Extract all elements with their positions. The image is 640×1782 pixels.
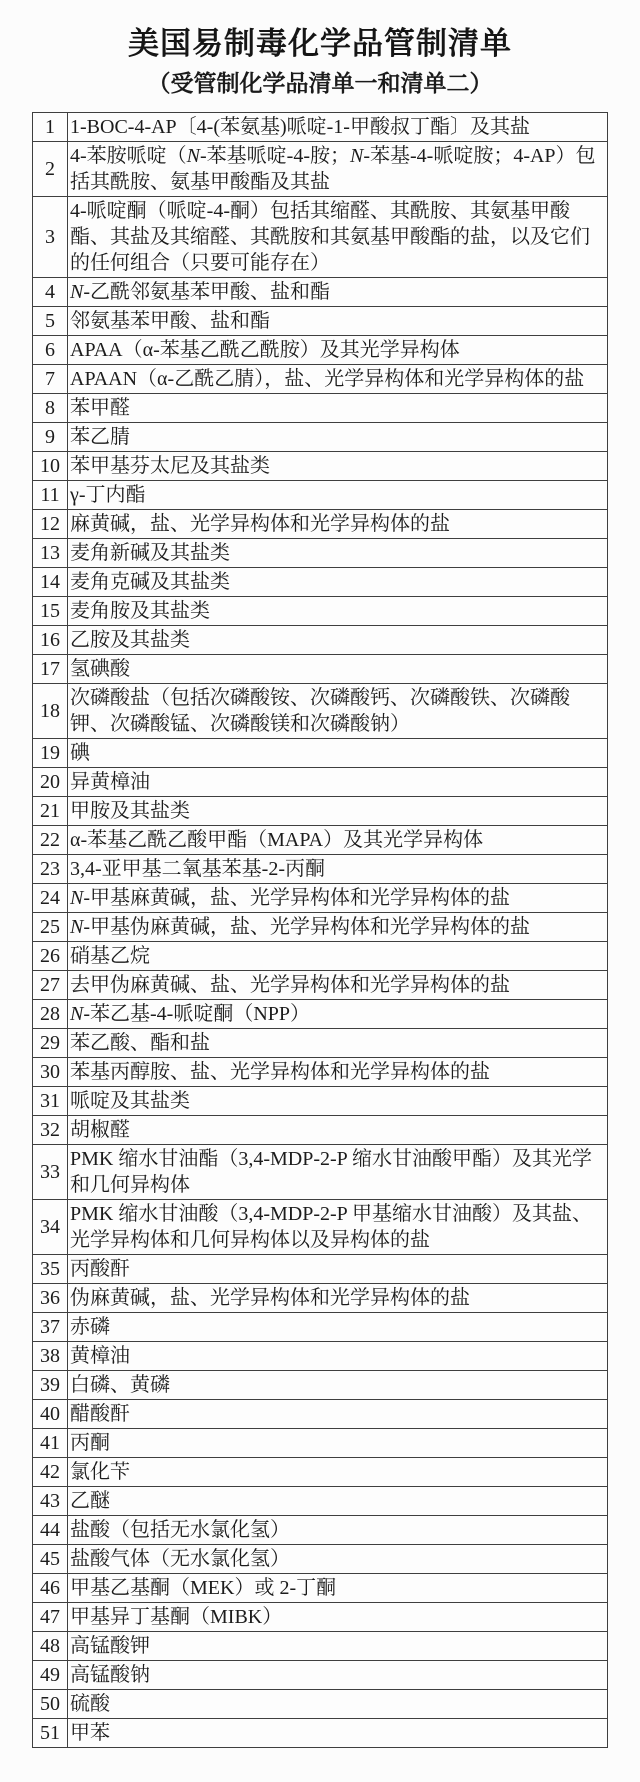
item-number: 44 xyxy=(33,1516,68,1545)
table-row: 21 甲胺及其盐类 xyxy=(33,797,608,826)
table-row: 51 甲苯 xyxy=(33,1719,608,1748)
item-number: 18 xyxy=(33,684,68,739)
table-row: 22 α-苯基乙酰乙酸甲酯（MAPA）及其光学异构体 xyxy=(33,826,608,855)
item-number: 19 xyxy=(33,739,68,768)
item-text: 硫酸 xyxy=(68,1690,608,1719)
table-row: 40 醋酸酐 xyxy=(33,1400,608,1429)
table-row: 29 苯乙酸、酯和盐 xyxy=(33,1029,608,1058)
table-row: 7 APAAN（α-乙酰乙腈），盐、光学异构体和光学异构体的盐 xyxy=(33,365,608,394)
table-row: 33 PMK 缩水甘油酯（3,4-MDP-2-P 缩水甘油酸甲酯）及其光学和几何… xyxy=(33,1145,608,1200)
item-text: 高锰酸钾 xyxy=(68,1632,608,1661)
item-number: 41 xyxy=(33,1429,68,1458)
item-text: 甲基异丁基酮（MIBK） xyxy=(68,1603,608,1632)
table-row: 10 苯甲基芬太尼及其盐类 xyxy=(33,452,608,481)
item-number: 43 xyxy=(33,1487,68,1516)
item-text: 麦角胺及其盐类 xyxy=(68,597,608,626)
item-text: PMK 缩水甘油酯（3,4-MDP-2-P 缩水甘油酸甲酯）及其光学和几何异构体 xyxy=(68,1145,608,1200)
item-number: 21 xyxy=(33,797,68,826)
item-text: α-苯基乙酰乙酸甲酯（MAPA）及其光学异构体 xyxy=(68,826,608,855)
item-text: APAA（α-苯基乙酰乙酰胺）及其光学异构体 xyxy=(68,336,608,365)
table-row: 30 苯基丙醇胺、盐、光学异构体和光学异构体的盐 xyxy=(33,1058,608,1087)
item-number: 48 xyxy=(33,1632,68,1661)
table-row: 15 麦角胺及其盐类 xyxy=(33,597,608,626)
item-number: 31 xyxy=(33,1087,68,1116)
item-number: 10 xyxy=(33,452,68,481)
table-row: 2 4-苯胺哌啶（N-苯基哌啶-4-胺；N-苯基-4-哌啶胺；4-AP）包括其酰… xyxy=(33,142,608,197)
table-row: 26 硝基乙烷 xyxy=(33,942,608,971)
table-row: 44 盐酸（包括无水氯化氢） xyxy=(33,1516,608,1545)
item-text: 氯化苄 xyxy=(68,1458,608,1487)
item-number: 11 xyxy=(33,481,68,510)
table-row: 41 丙酮 xyxy=(33,1429,608,1458)
table-row: 23 3,4-亚甲基二氧基苯基-2-丙酮 xyxy=(33,855,608,884)
chemicals-table: 1 1-BOC-4-AP〔4-(苯氨基)哌啶-1-甲酸叔丁酯〕及其盐 2 4-苯… xyxy=(32,112,608,1748)
chemicals-table-body: 1 1-BOC-4-AP〔4-(苯氨基)哌啶-1-甲酸叔丁酯〕及其盐 2 4-苯… xyxy=(33,113,608,1748)
item-number: 1 xyxy=(33,113,68,142)
item-number: 36 xyxy=(33,1284,68,1313)
item-number: 13 xyxy=(33,539,68,568)
item-text: 碘 xyxy=(68,739,608,768)
item-number: 6 xyxy=(33,336,68,365)
table-row: 48 高锰酸钾 xyxy=(33,1632,608,1661)
item-number: 3 xyxy=(33,197,68,278)
item-text: 高锰酸钠 xyxy=(68,1661,608,1690)
item-text: 硝基乙烷 xyxy=(68,942,608,971)
table-row: 43 乙醚 xyxy=(33,1487,608,1516)
item-number: 17 xyxy=(33,655,68,684)
item-number: 26 xyxy=(33,942,68,971)
item-text: PMK 缩水甘油酸（3,4-MDP-2-P 甲基缩水甘油酸）及其盐、光学异构体和… xyxy=(68,1200,608,1255)
table-row: 18 次磷酸盐（包括次磷酸铵、次磷酸钙、次磷酸铁、次磷酸钾、次磷酸锰、次磷酸镁和… xyxy=(33,684,608,739)
item-text: 去甲伪麻黄碱、盐、光学异构体和光学异构体的盐 xyxy=(68,971,608,1000)
item-text: N-甲基麻黄碱，盐、光学异构体和光学异构体的盐 xyxy=(68,884,608,913)
table-row: 27 去甲伪麻黄碱、盐、光学异构体和光学异构体的盐 xyxy=(33,971,608,1000)
item-number: 37 xyxy=(33,1313,68,1342)
item-text: 苯甲基芬太尼及其盐类 xyxy=(68,452,608,481)
item-text: 苯基丙醇胺、盐、光学异构体和光学异构体的盐 xyxy=(68,1058,608,1087)
table-row: 5 邻氨基苯甲酸、盐和酯 xyxy=(33,307,608,336)
table-row: 6 APAA（α-苯基乙酰乙酰胺）及其光学异构体 xyxy=(33,336,608,365)
table-row: 42 氯化苄 xyxy=(33,1458,608,1487)
item-number: 42 xyxy=(33,1458,68,1487)
item-number: 15 xyxy=(33,597,68,626)
table-row: 50 硫酸 xyxy=(33,1690,608,1719)
item-number: 29 xyxy=(33,1029,68,1058)
page-title: 美国易制毒化学品管制清单 xyxy=(0,0,640,64)
table-row: 8 苯甲醛 xyxy=(33,394,608,423)
item-number: 4 xyxy=(33,278,68,307)
item-text: 丙酸酐 xyxy=(68,1255,608,1284)
item-text: 盐酸（包括无水氯化氢） xyxy=(68,1516,608,1545)
table-row: 13 麦角新碱及其盐类 xyxy=(33,539,608,568)
item-number: 25 xyxy=(33,913,68,942)
item-number: 20 xyxy=(33,768,68,797)
table-row: 17 氢碘酸 xyxy=(33,655,608,684)
table-row: 46 甲基乙基酮（MEK）或 2-丁酮 xyxy=(33,1574,608,1603)
item-text: 盐酸气体（无水氯化氢） xyxy=(68,1545,608,1574)
item-text: 4-苯胺哌啶（N-苯基哌啶-4-胺；N-苯基-4-哌啶胺；4-AP）包括其酰胺、… xyxy=(68,142,608,197)
item-text: 异黄樟油 xyxy=(68,768,608,797)
item-number: 27 xyxy=(33,971,68,1000)
item-number: 7 xyxy=(33,365,68,394)
item-number: 39 xyxy=(33,1371,68,1400)
table-row: 31 哌啶及其盐类 xyxy=(33,1087,608,1116)
item-text: 乙胺及其盐类 xyxy=(68,626,608,655)
table-row: 1 1-BOC-4-AP〔4-(苯氨基)哌啶-1-甲酸叔丁酯〕及其盐 xyxy=(33,113,608,142)
table-row: 47 甲基异丁基酮（MIBK） xyxy=(33,1603,608,1632)
item-text: 麻黄碱，盐、光学异构体和光学异构体的盐 xyxy=(68,510,608,539)
table-row: 14 麦角克碱及其盐类 xyxy=(33,568,608,597)
item-text: 苯乙腈 xyxy=(68,423,608,452)
item-number: 28 xyxy=(33,1000,68,1029)
item-text: 3,4-亚甲基二氧基苯基-2-丙酮 xyxy=(68,855,608,884)
item-number: 49 xyxy=(33,1661,68,1690)
item-number: 32 xyxy=(33,1116,68,1145)
item-text: 黄樟油 xyxy=(68,1342,608,1371)
item-number: 30 xyxy=(33,1058,68,1087)
table-row: 16 乙胺及其盐类 xyxy=(33,626,608,655)
table-row: 49 高锰酸钠 xyxy=(33,1661,608,1690)
item-text: 邻氨基苯甲酸、盐和酯 xyxy=(68,307,608,336)
table-row: 36 伪麻黄碱，盐、光学异构体和光学异构体的盐 xyxy=(33,1284,608,1313)
table-row: 20 异黄樟油 xyxy=(33,768,608,797)
item-number: 47 xyxy=(33,1603,68,1632)
item-number: 40 xyxy=(33,1400,68,1429)
item-text: 4-哌啶酮（哌啶-4-酮）包括其缩醛、其酰胺、其氨基甲酸酯、其盐及其缩醛、其酰胺… xyxy=(68,197,608,278)
table-row: 35 丙酸酐 xyxy=(33,1255,608,1284)
table-row: 28 N-苯乙基-4-哌啶酮（NPP） xyxy=(33,1000,608,1029)
item-text: N-苯乙基-4-哌啶酮（NPP） xyxy=(68,1000,608,1029)
table-row: 19 碘 xyxy=(33,739,608,768)
table-row: 34 PMK 缩水甘油酸（3,4-MDP-2-P 甲基缩水甘油酸）及其盐、光学异… xyxy=(33,1200,608,1255)
item-text: 甲胺及其盐类 xyxy=(68,797,608,826)
item-number: 45 xyxy=(33,1545,68,1574)
item-number: 34 xyxy=(33,1200,68,1255)
item-text: 苯乙酸、酯和盐 xyxy=(68,1029,608,1058)
item-number: 51 xyxy=(33,1719,68,1748)
item-number: 22 xyxy=(33,826,68,855)
item-text: APAAN（α-乙酰乙腈），盐、光学异构体和光学异构体的盐 xyxy=(68,365,608,394)
table-row: 12 麻黄碱，盐、光学异构体和光学异构体的盐 xyxy=(33,510,608,539)
item-text: N-乙酰邻氨基苯甲酸、盐和酯 xyxy=(68,278,608,307)
item-text: 氢碘酸 xyxy=(68,655,608,684)
item-text: 麦角新碱及其盐类 xyxy=(68,539,608,568)
item-number: 12 xyxy=(33,510,68,539)
table-row: 24 N-甲基麻黄碱，盐、光学异构体和光学异构体的盐 xyxy=(33,884,608,913)
table-row: 45 盐酸气体（无水氯化氢） xyxy=(33,1545,608,1574)
item-text: 白磷、黄磷 xyxy=(68,1371,608,1400)
item-number: 8 xyxy=(33,394,68,423)
item-text: 甲基乙基酮（MEK）或 2-丁酮 xyxy=(68,1574,608,1603)
item-text: N-甲基伪麻黄碱，盐、光学异构体和光学异构体的盐 xyxy=(68,913,608,942)
table-row: 4 N-乙酰邻氨基苯甲酸、盐和酯 xyxy=(33,278,608,307)
item-number: 16 xyxy=(33,626,68,655)
item-number: 33 xyxy=(33,1145,68,1200)
table-row: 37 赤磷 xyxy=(33,1313,608,1342)
table-row: 25 N-甲基伪麻黄碱，盐、光学异构体和光学异构体的盐 xyxy=(33,913,608,942)
page-subtitle: （受管制化学品清单一和清单二） xyxy=(0,68,640,98)
item-number: 9 xyxy=(33,423,68,452)
item-number: 35 xyxy=(33,1255,68,1284)
item-text: 麦角克碱及其盐类 xyxy=(68,568,608,597)
item-text: γ-丁内酯 xyxy=(68,481,608,510)
item-number: 46 xyxy=(33,1574,68,1603)
item-text: 赤磷 xyxy=(68,1313,608,1342)
item-number: 38 xyxy=(33,1342,68,1371)
table-row: 11 γ-丁内酯 xyxy=(33,481,608,510)
item-number: 50 xyxy=(33,1690,68,1719)
item-number: 24 xyxy=(33,884,68,913)
item-text: 1-BOC-4-AP〔4-(苯氨基)哌啶-1-甲酸叔丁酯〕及其盐 xyxy=(68,113,608,142)
item-text: 苯甲醛 xyxy=(68,394,608,423)
item-text: 伪麻黄碱，盐、光学异构体和光学异构体的盐 xyxy=(68,1284,608,1313)
table-row: 32 胡椒醛 xyxy=(33,1116,608,1145)
table-row: 38 黄樟油 xyxy=(33,1342,608,1371)
item-text: 丙酮 xyxy=(68,1429,608,1458)
item-number: 5 xyxy=(33,307,68,336)
item-text: 甲苯 xyxy=(68,1719,608,1748)
item-text: 哌啶及其盐类 xyxy=(68,1087,608,1116)
item-text: 乙醚 xyxy=(68,1487,608,1516)
item-text: 胡椒醛 xyxy=(68,1116,608,1145)
table-row: 9 苯乙腈 xyxy=(33,423,608,452)
table-row: 3 4-哌啶酮（哌啶-4-酮）包括其缩醛、其酰胺、其氨基甲酸酯、其盐及其缩醛、其… xyxy=(33,197,608,278)
document-page: 美国易制毒化学品管制清单 （受管制化学品清单一和清单二） 1 1-BOC-4-A… xyxy=(0,0,640,1748)
table-row: 39 白磷、黄磷 xyxy=(33,1371,608,1400)
item-number: 14 xyxy=(33,568,68,597)
item-number: 23 xyxy=(33,855,68,884)
item-text: 醋酸酐 xyxy=(68,1400,608,1429)
item-text: 次磷酸盐（包括次磷酸铵、次磷酸钙、次磷酸铁、次磷酸钾、次磷酸锰、次磷酸镁和次磷酸… xyxy=(68,684,608,739)
item-number: 2 xyxy=(33,142,68,197)
